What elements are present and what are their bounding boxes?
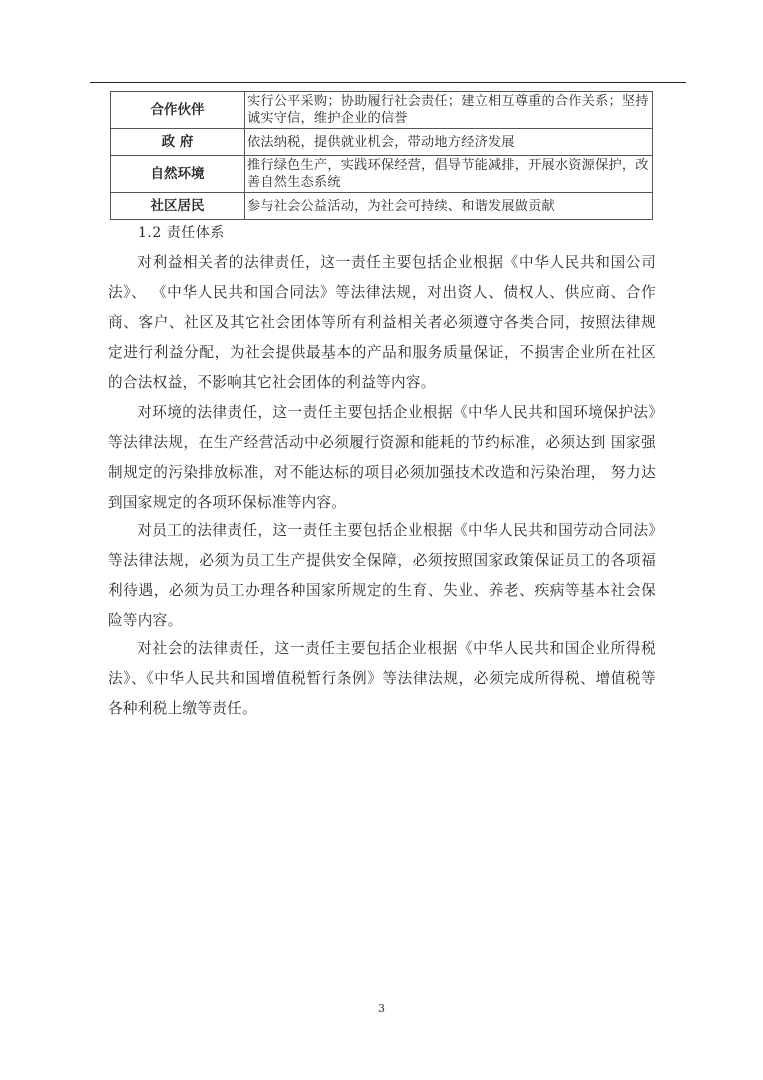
paragraph-society-liability: 对社会的法律责任，这一责任主要包括企业根据《中华人民共和国企业所得税法》、《中华…	[108, 634, 656, 724]
paragraph-employee-liability: 对员工的法律责任，这一责任主要包括企业根据《中华人民共和国劳动合同法》等法律法规…	[108, 516, 656, 636]
table-row: 合作伙伴 实行公平采购；协助履行社会责任；建立相互尊重的合作关系；坚持诚实守信，…	[111, 92, 653, 129]
table-row: 社区居民 参与社会公益活动，为社会可持续、和谐发展做贡献	[111, 193, 653, 220]
stakeholder-cell: 自然环境	[111, 156, 245, 193]
responsibility-cell: 参与社会公益活动，为社会可持续、和谐发展做贡献	[245, 193, 653, 220]
responsibility-cell: 推行绿色生产，实践环保经营，倡导节能减排，开展水资源保护，改善自然生态系统	[245, 156, 653, 193]
stakeholder-cell: 合作伙伴	[111, 92, 245, 129]
header-rule	[90, 82, 686, 83]
stakeholder-responsibility-table: 合作伙伴 实行公平采购；协助履行社会责任；建立相互尊重的合作关系；坚持诚实守信，…	[110, 91, 653, 220]
table-row: 政 府 依法纳税，提供就业机会，带动地方经济发展	[111, 129, 653, 156]
paragraph-environment-liability: 对环境的法律责任，这一责任主要包括企业根据《中华人民共和国环境保护法》等法律法规…	[108, 398, 656, 518]
section-heading: 1.2 责任体系	[138, 222, 225, 242]
responsibility-cell: 实行公平采购；协助履行社会责任；建立相互尊重的合作关系；坚持诚实守信，维护企业的…	[245, 92, 653, 129]
table-row: 自然环境 推行绿色生产，实践环保经营，倡导节能减排，开展水资源保护，改善自然生态…	[111, 156, 653, 193]
responsibility-cell: 依法纳税，提供就业机会，带动地方经济发展	[245, 129, 653, 156]
paragraph-stakeholder-liability: 对利益相关者的法律责任，这一责任主要包括企业根据《中华人民共和国公司法》、 《中…	[108, 248, 656, 398]
page-number: 3	[0, 1002, 763, 1015]
stakeholder-cell: 政 府	[111, 129, 245, 156]
stakeholder-cell: 社区居民	[111, 193, 245, 220]
